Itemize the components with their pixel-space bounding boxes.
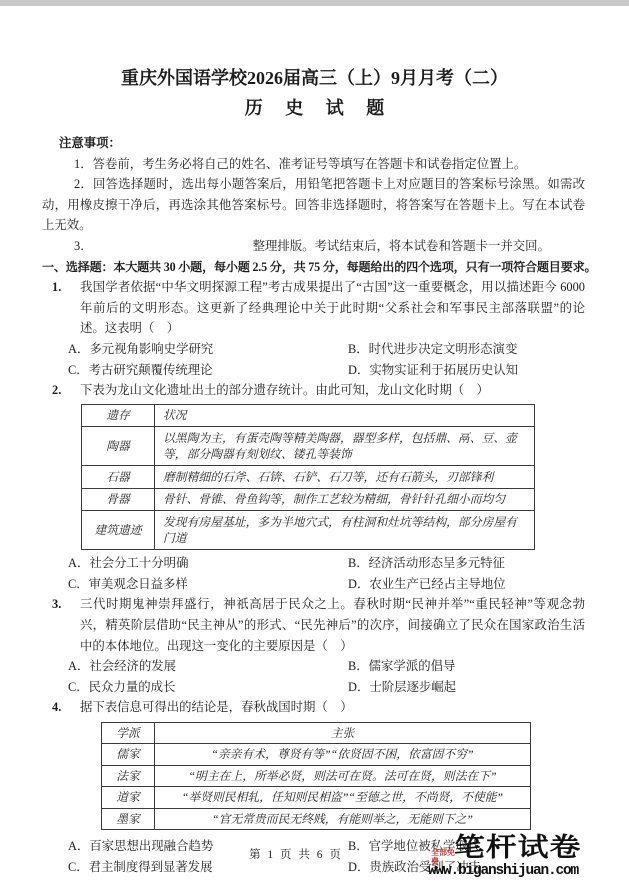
question-number: 4. xyxy=(52,697,61,718)
option-text: 儒家学派的倡导 xyxy=(369,659,456,673)
question-number: 3. xyxy=(52,594,61,615)
table-header-cell: 主张 xyxy=(155,722,531,744)
notice-item: 1．答卷前，考生务必将自己的姓名、准考证号等填写在答题卡和试卷指定位置上。 xyxy=(42,154,585,175)
option-label: C． xyxy=(68,363,89,377)
option-label: A． xyxy=(68,556,89,570)
option: B．时代进步决定文明形态演变 xyxy=(348,339,517,360)
notice-item-text: 回答选择题时，选出每小题答案后，用铅笔把答题卡上对应题目的答案标号涂黑。如需改动… xyxy=(42,177,585,232)
question-stem: 三代时期鬼神崇拜盛行，神祇高居于民众之上。春秋时期“民神并举”“重民轻神”等观念… xyxy=(80,594,585,656)
subject-title: 历 史 试 题 xyxy=(0,97,629,119)
option-text: 考古研究颠覆传统理论 xyxy=(89,363,213,377)
options: A．社会经济的发展B．儒家学派的倡导C．民众力量的成长D．士阶层逐步崛起 xyxy=(68,656,585,697)
data-table: 遗存状况陶器以黑陶为主，有蛋壳陶等精美陶器，器型多样，包括鼎、鬲、豆、壶等，部分… xyxy=(81,404,535,551)
question-stem: 据下表信息可得出的结论是，春秋战国时期（ ） xyxy=(80,697,585,718)
option-text: 民众力量的成长 xyxy=(89,680,176,694)
questions-container: 1.我国学者依据“中华文明探源工程”考古成果提出了“古国”这一重要概念，用以描述… xyxy=(42,277,585,878)
exam-title: 重庆外国语学校2026届高三（上）9月月考（二） xyxy=(0,67,629,89)
table-row: 骨器骨针、骨锥、骨鱼钩等，制作工艺较为精细，骨针针孔细小而均匀 xyxy=(82,488,535,511)
table-row: 法家“明主在上，所举必贤，则法可在贤。法可在贤，则法在下” xyxy=(102,765,531,787)
option-row: A．社会经济的发展B．儒家学派的倡导 xyxy=(68,656,585,677)
option-text: 士阶层逐步崛起 xyxy=(369,680,456,694)
question-stem: 下表为龙山文化遗址出土的部分遗存统计。由此可知，龙山文化时期（ ） xyxy=(80,380,585,401)
option-text: 社会分工十分明确 xyxy=(89,556,188,570)
watermark-brand: 笔杆试卷 xyxy=(454,832,581,863)
option-text: 社会经济的发展 xyxy=(89,659,176,673)
question: 3.三代时期鬼神崇拜盛行，神祇高居于民众之上。春秋时期“民神并举”“重民轻神”等… xyxy=(42,594,585,697)
option-text: 实物实证利于拓展历史认知 xyxy=(369,363,518,377)
table-row: 墨家“官无常贵而民无终贱，有能则举之，无能则下之” xyxy=(102,808,531,830)
table-cell: 墨家 xyxy=(102,808,155,830)
table-cell: “亲亲有术，尊贤有等”“依贤固不困，依富固不穷” xyxy=(155,744,531,766)
option-text: 经济活动形态呈多元特征 xyxy=(369,556,505,570)
question-number: 1. xyxy=(52,277,61,298)
option: A．社会经济的发展 xyxy=(68,656,348,677)
option: A．多元视角影响史学研究 xyxy=(68,339,348,360)
option-label: B． xyxy=(348,659,369,673)
option-text: 审美观念日益多样 xyxy=(89,577,188,591)
options: A．社会分工十分明确B．经济活动形态呈多元特征C．审美观念日益多样D．农业生产已… xyxy=(68,553,585,594)
table-row: 石器磨制精细的石斧、石锛、石铲、石刀等，还有石箭头，刃部锋利 xyxy=(82,466,535,489)
question: 2.下表为龙山文化遗址出土的部分遗存统计。由此可知，龙山文化时期（ ）遗存状况陶… xyxy=(42,380,585,594)
notice-item: 2．回答选择题时，选出每小题答案后，用铅笔把答题卡上对应题目的答案标号涂黑。如需… xyxy=(42,174,585,236)
option-label: B． xyxy=(348,556,369,570)
option-label: A． xyxy=(68,659,89,673)
question-body: 三代时期鬼神崇拜盛行，神祇高居于民众之上。春秋时期“民神并举”“重民轻神”等观念… xyxy=(80,594,585,697)
table-row: 建筑遗迹发现有房屋基址，多为半地穴式，有柱洞和灶坑等结构，部分房屋有门道 xyxy=(82,511,535,550)
question-body: 下表为龙山文化遗址出土的部分遗存统计。由此可知，龙山文化时期（ ）遗存状况陶器以… xyxy=(80,380,585,594)
table-cell: 陶器 xyxy=(82,427,155,466)
option: D．实物实证利于拓展历史认知 xyxy=(348,360,518,381)
option-row: C．审美观念日益多样D．农业生产已经占主导地位 xyxy=(68,574,585,595)
table-cell: 儒家 xyxy=(102,744,155,766)
table-cell: 建筑遗迹 xyxy=(82,511,155,550)
notice-item-number: 2． xyxy=(74,177,93,191)
table-cell: 石器 xyxy=(82,466,155,489)
option-label: B． xyxy=(348,342,369,356)
option-text: 多元视角影响史学研究 xyxy=(89,342,213,356)
table-cell: 道家 xyxy=(102,787,155,809)
table-header-row: 遗存状况 xyxy=(82,404,535,427)
table-cell: “官无常贵而民无终贱，有能则举之，无能则下之” xyxy=(155,808,531,830)
option-row: A．社会分工十分明确B．经济活动形态呈多元特征 xyxy=(68,553,585,574)
table-header-cell: 状况 xyxy=(155,404,535,427)
table-header-row: 学派主张 xyxy=(102,722,531,744)
notice-list: 1．答卷前，考生务必将自己的姓名、准考证号等填写在答题卡和试卷指定位置上。2．回… xyxy=(42,154,585,257)
table-cell: 法家 xyxy=(102,765,155,787)
section-title: 一、选择题：本大题共 30 小题，每小题 2.5 分，共 75 分，每题给出的四… xyxy=(42,257,585,278)
option: D．农业生产已经占主导地位 xyxy=(348,574,506,595)
watermark: 全部免费 笔杆试卷 www.biganshijuan.com xyxy=(428,832,629,879)
table-row: 儒家“亲亲有术，尊贤有等”“依贤固不困，依富固不穷” xyxy=(102,744,531,766)
option-row: C．考古研究颠覆传统理论D．实物实证利于拓展历史认知 xyxy=(68,360,585,381)
option: B．儒家学派的倡导 xyxy=(348,656,455,677)
option-label: C． xyxy=(68,680,89,694)
table-cell: 骨针、骨锥、骨鱼钩等，制作工艺较为精细，骨针针孔细小而均匀 xyxy=(155,488,535,511)
option: C．民众力量的成长 xyxy=(68,677,348,698)
question-stem: 我国学者依据“中华文明探源工程”考古成果提出了“古国”这一重要概念，用以描述距今… xyxy=(80,277,585,339)
option-row: A．多元视角影响史学研究B．时代进步决定文明形态演变 xyxy=(68,339,585,360)
option-label: D． xyxy=(348,680,369,694)
question: 1.我国学者依据“中华文明探源工程”考古成果提出了“古国”这一重要概念，用以描述… xyxy=(42,277,585,380)
table-cell: “明主在上，所举必贤，则法可在贤。法可在贤，则法在下” xyxy=(155,765,531,787)
notice-item-number: 3． xyxy=(74,239,93,253)
notice-item: 3．整理排版。考试结束后，将本试卷和答题卡一并交回。 xyxy=(42,236,585,257)
option-label: A． xyxy=(68,342,89,356)
options: A．多元视角影响史学研究B．时代进步决定文明形态演变C．考古研究颠覆传统理论D．… xyxy=(68,339,585,380)
notice-item-number: 1． xyxy=(74,157,93,171)
scan-top-edge xyxy=(0,0,629,6)
option: C．考古研究颠覆传统理论 xyxy=(68,360,348,381)
table-row: 道家“举贤则民相轧，任知则民相盗”“至德之世，不尚贤，不使能” xyxy=(102,787,531,809)
table-cell: 骨器 xyxy=(82,488,155,511)
table-header-cell: 学派 xyxy=(102,722,155,744)
option: A．社会分工十分明确 xyxy=(68,553,348,574)
table-cell: “举贤则民相轧，任知则民相盗”“至德之世，不尚贤，不使能” xyxy=(155,787,531,809)
option-text: 时代进步决定文明形态演变 xyxy=(369,342,518,356)
notice-heading: 注意事项： xyxy=(59,133,585,154)
table-cell: 以黑陶为主，有蛋壳陶等精美陶器，器型多样，包括鼎、鬲、豆、壶等，部分陶器有刻划纹… xyxy=(155,427,535,466)
option-row: C．民众力量的成长D．士阶层逐步崛起 xyxy=(68,677,585,698)
notice-item-text: 答卷前，考生务必将自己的姓名、准考证号等填写在答题卡和试卷指定位置上。 xyxy=(93,157,527,171)
exam-body: 注意事项： 1．答卷前，考生务必将自己的姓名、准考证号等填写在答题卡和试卷指定位… xyxy=(42,133,585,878)
table-row: 陶器以黑陶为主，有蛋壳陶等精美陶器，器型多样，包括鼎、鬲、豆、壶等，部分陶器有刻… xyxy=(82,427,535,466)
table-cell: 磨制精细的石斧、石锛、石铲、石刀等，还有石箭头，刃部锋利 xyxy=(155,466,535,489)
option-text: 农业生产已经占主导地位 xyxy=(369,577,505,591)
question-body: 我国学者依据“中华文明探源工程”考古成果提出了“古国”这一重要概念，用以描述距今… xyxy=(80,277,585,380)
table-header-cell: 遗存 xyxy=(82,404,155,427)
notice-item-text: 整理排版。考试结束后，将本试卷和答题卡一并交回。 xyxy=(253,239,550,253)
option-label: C． xyxy=(68,577,89,591)
option-label: D． xyxy=(348,577,369,591)
option: C．审美观念日益多样 xyxy=(68,574,348,595)
option-label: D． xyxy=(348,363,369,377)
data-table: 学派主张儒家“亲亲有术，尊贤有等”“依贤固不困，依富固不穷”法家“明主在上，所举… xyxy=(101,722,531,831)
question-number: 2. xyxy=(52,380,61,401)
option: B．经济活动形态呈多元特征 xyxy=(348,553,505,574)
option: D．士阶层逐步崛起 xyxy=(348,677,456,698)
table-cell: 发现有房屋基址，多为半地穴式，有柱洞和灶坑等结构，部分房屋有门道 xyxy=(155,511,535,550)
